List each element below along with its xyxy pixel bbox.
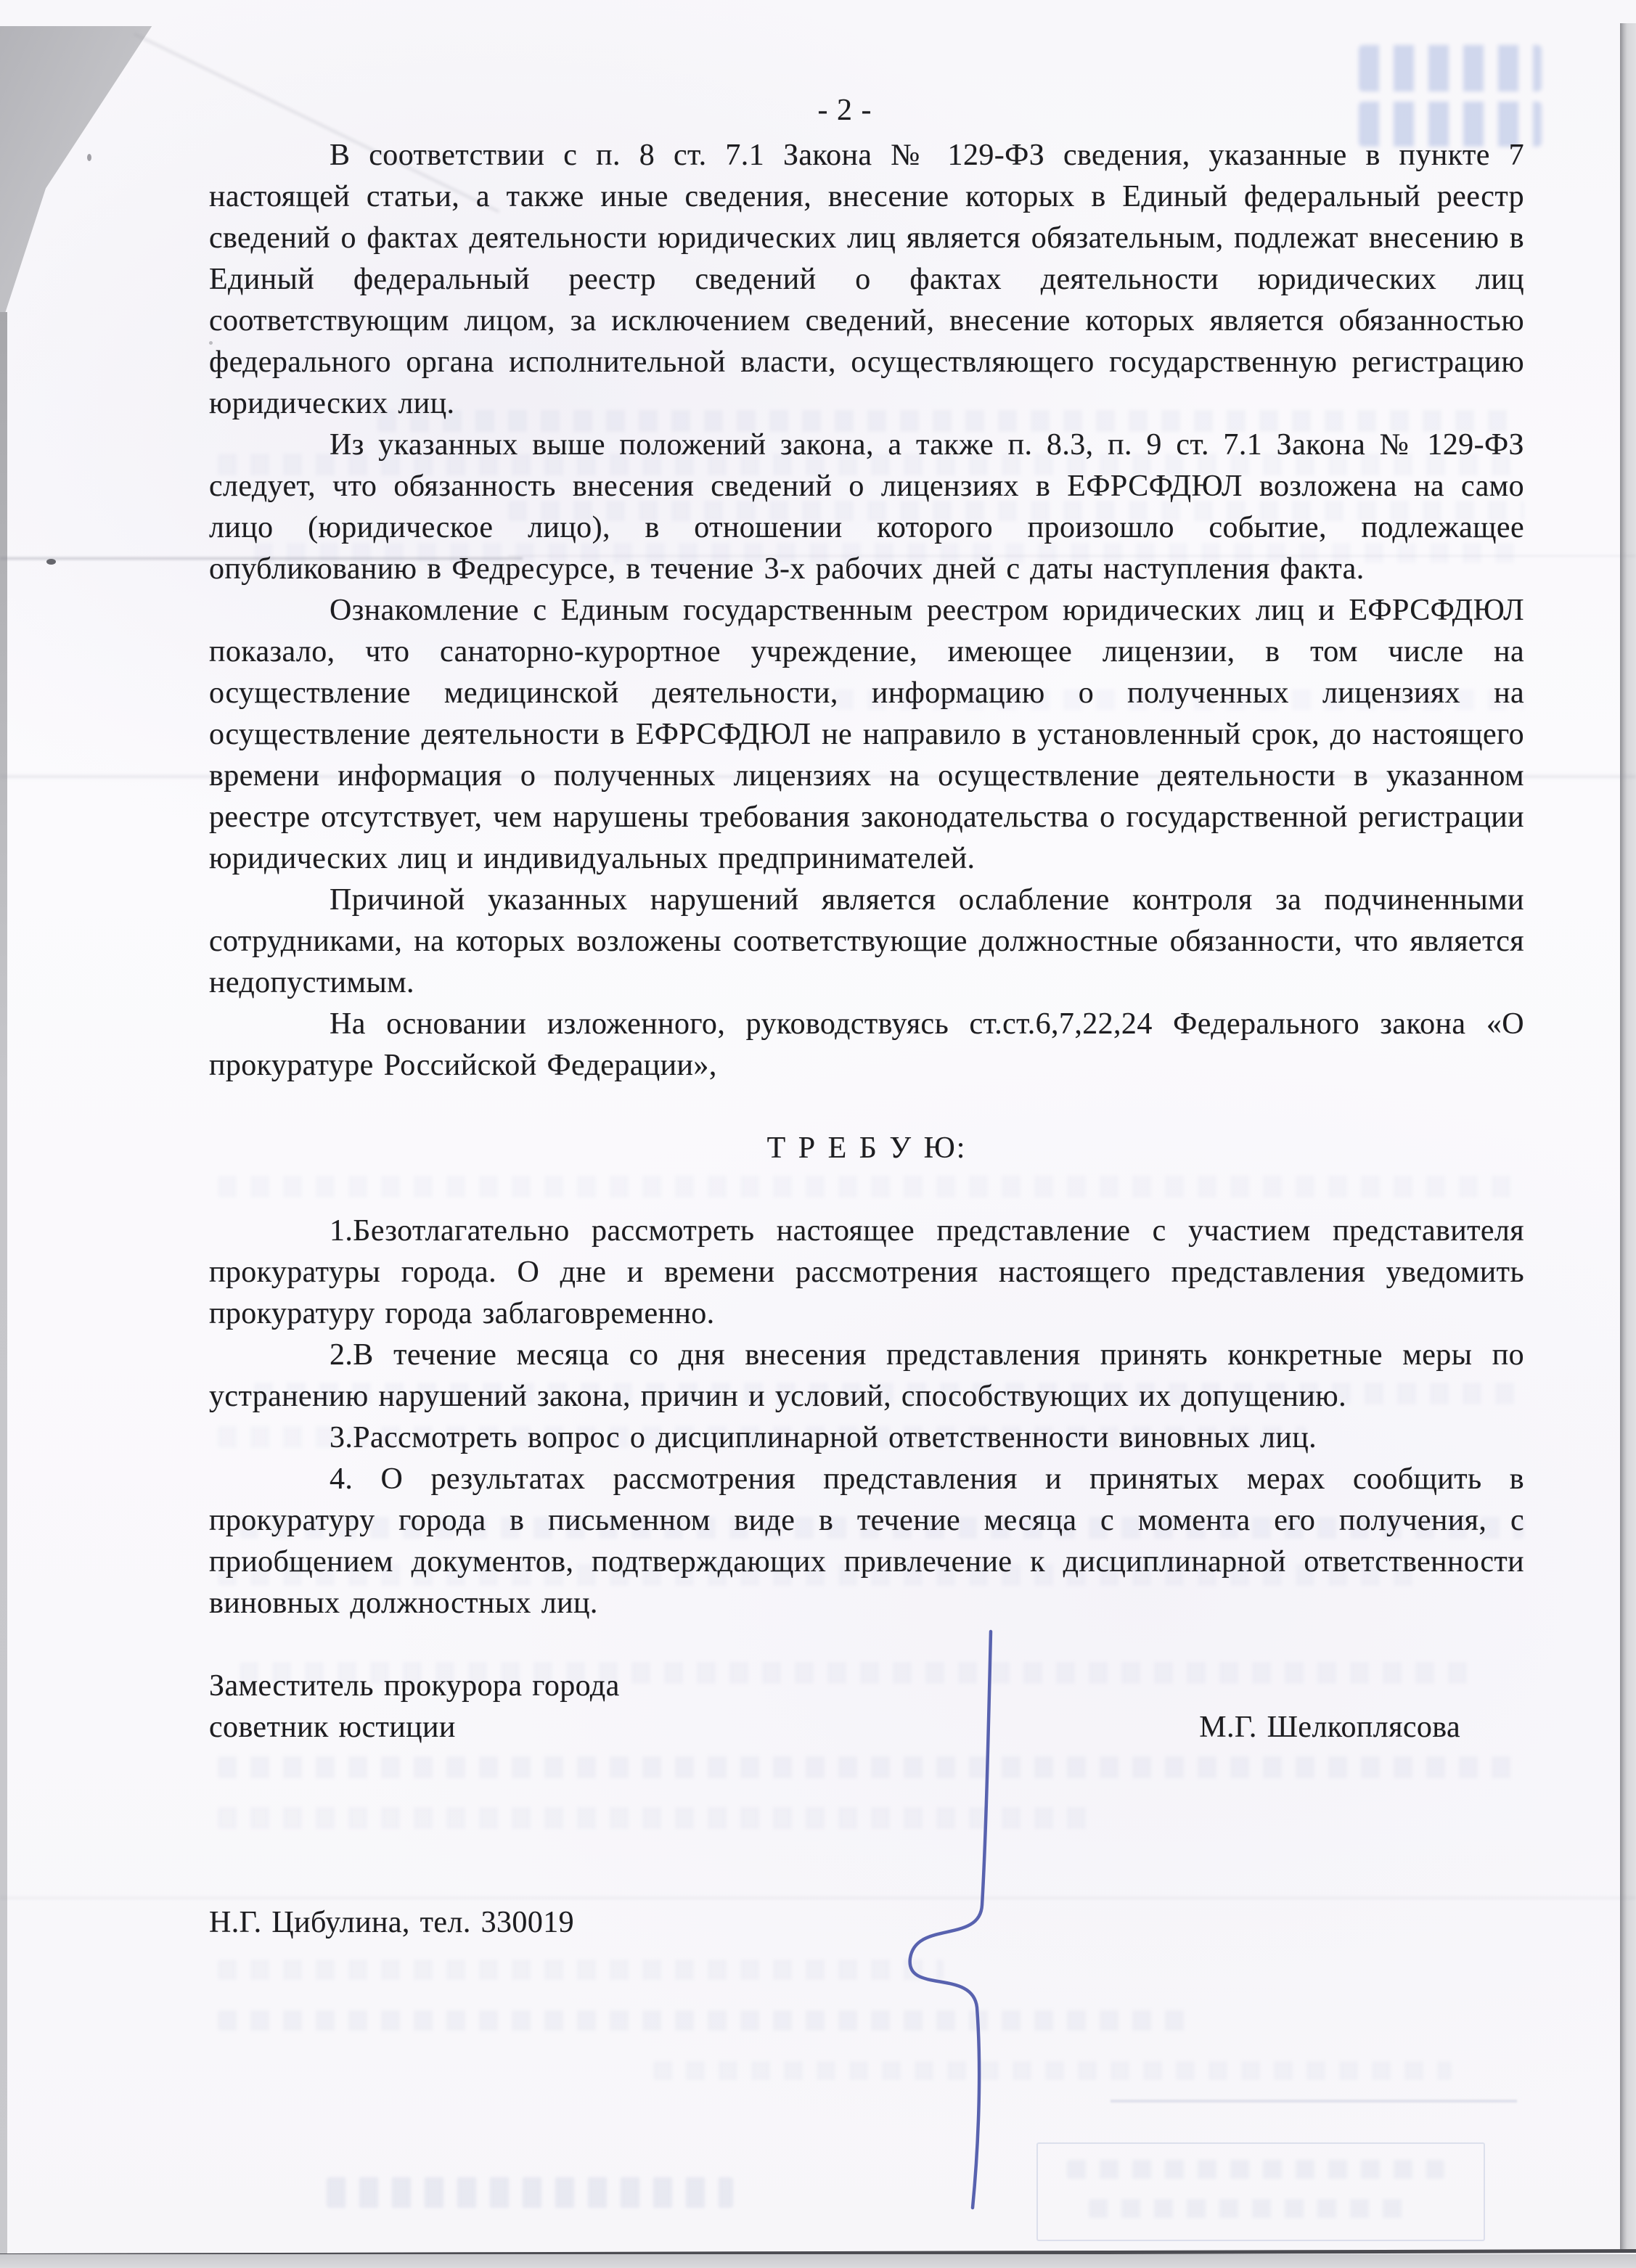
demand-heading: Т Р Е Б У Ю:: [209, 1128, 1524, 1169]
paragraph-5: На основании изложенного, руководствуясь…: [209, 1004, 1524, 1086]
paragraph-3: Ознакомление с Единым государственным ре…: [209, 590, 1524, 880]
bleedthrough-ghost: [1067, 2160, 1444, 2179]
paragraph-1: В соответствии с п. 8 ст. 7.1 Закона № 1…: [209, 135, 1524, 425]
paper-speck: [87, 154, 91, 161]
scan-edge-left: [0, 312, 7, 2257]
demand-item-3: 3.Рассмотреть вопрос о дисциплинарной от…: [209, 1417, 1524, 1459]
paragraph-4: Причиной указанных нарушений является ос…: [209, 880, 1524, 1004]
signer-position-line2: советник юстиции: [209, 1707, 620, 1748]
demand-item-1: 1.Безотлагательно рассмотреть настоящее …: [209, 1211, 1524, 1335]
bleedthrough-ghost: [1089, 2199, 1408, 2218]
paper-speck: [46, 559, 56, 565]
signature-stroke: [798, 1597, 1089, 2250]
scanned-document-page: - 2 - В соответствии с п. 8 ст. 7.1 Зако…: [0, 0, 1636, 2268]
page-corner-fold: [0, 26, 163, 338]
signer-name: М.Г. Шелкоплясова: [1199, 1707, 1460, 1748]
paragraph-2: Из указанных выше положений закона, а та…: [209, 425, 1524, 590]
page-number: - 2 -: [209, 90, 1481, 131]
signer-position: Заместитель прокурора города советник юс…: [209, 1666, 620, 1748]
bleedthrough-line: [1111, 2100, 1517, 2103]
demand-item-2: 2.В течение месяца со дня внесения предс…: [209, 1335, 1524, 1417]
bleedthrough-stamp: [1359, 45, 1542, 91]
scan-edge-right: [1620, 23, 1636, 2253]
scan-bottom-strip: [0, 2254, 1636, 2268]
bleedthrough-ghost: [327, 2177, 733, 2208]
bleedthrough-box: [1036, 2142, 1485, 2241]
signer-position-line1: Заместитель прокурора города: [209, 1666, 620, 1707]
